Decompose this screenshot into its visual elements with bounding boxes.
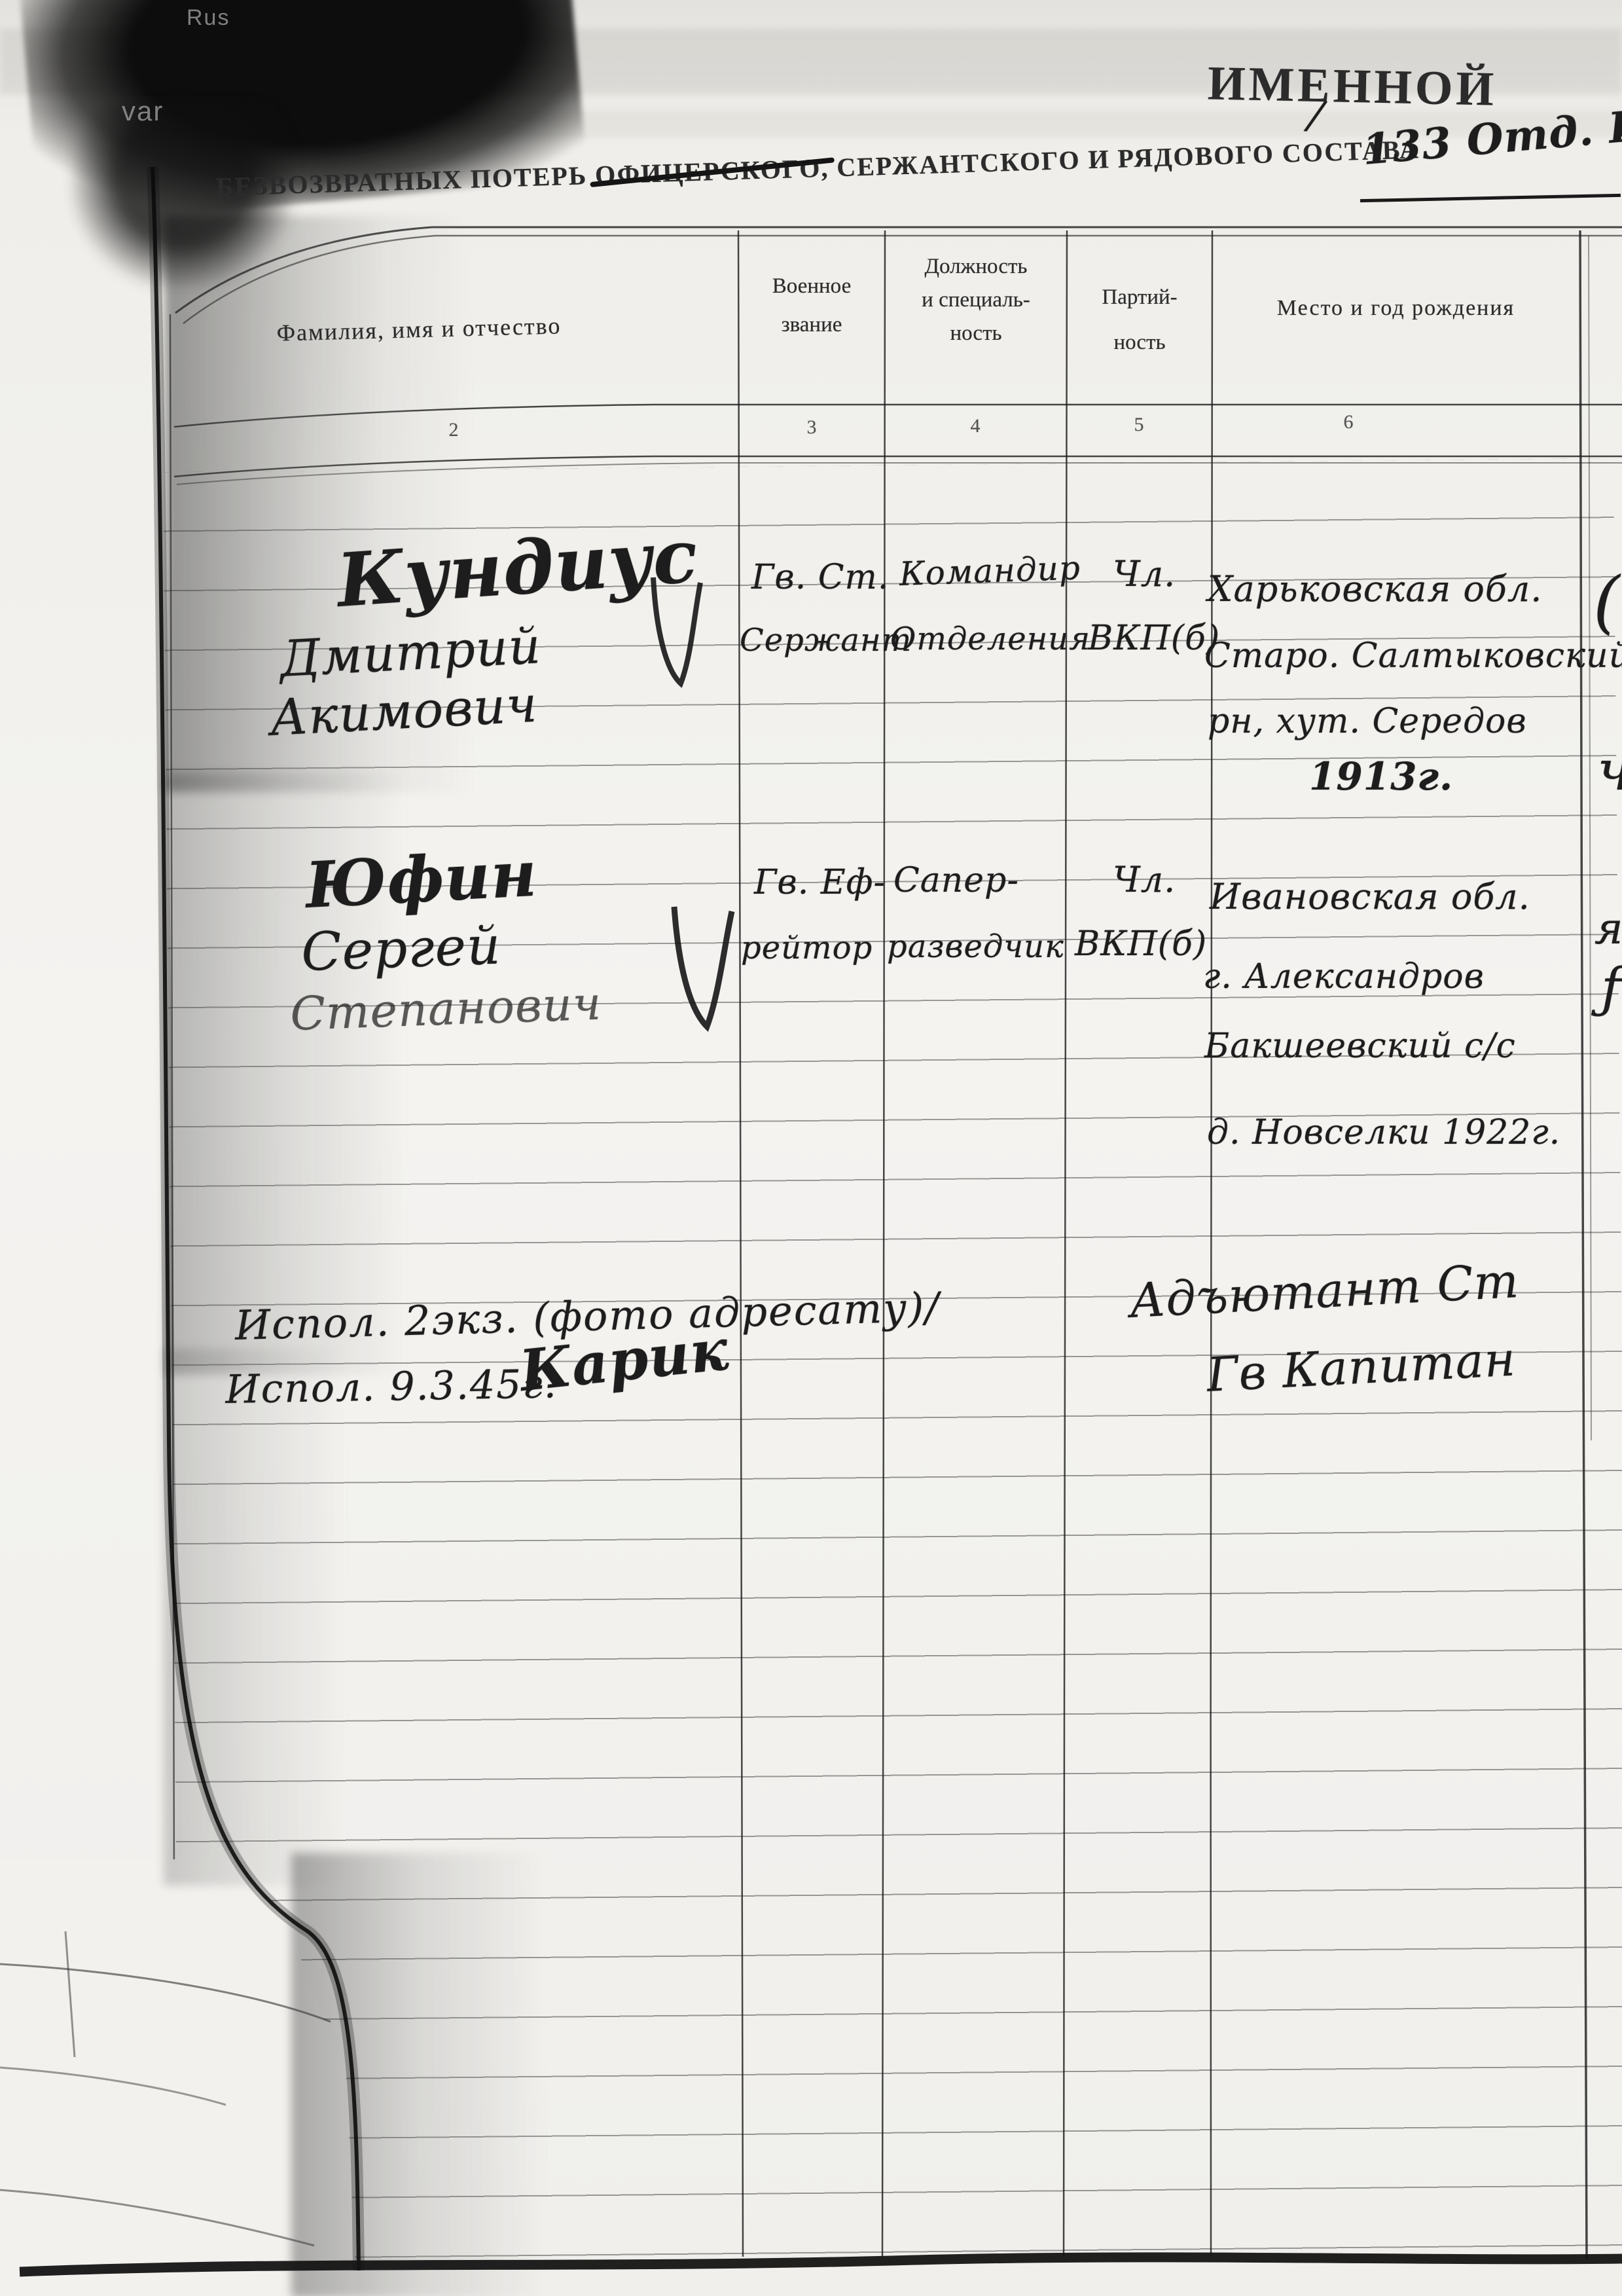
edge-fragment: я: [1595, 903, 1622, 954]
checkmark-icon: [674, 907, 732, 1027]
checkmarks-overlay: [0, 0, 1622, 2296]
edge-fragment: (: [1593, 562, 1621, 642]
scanned-casualty-list-page: Rus var ИМЕННОЙ БЕЗВОЗВРАТНЫХ ПОТЕРЬ ОФИ…: [0, 0, 1622, 2296]
edge-fragment: ч: [1597, 738, 1622, 803]
execution-note-line: Испол. 9.3.45г.: [225, 1361, 558, 1413]
checkmark-icon: [653, 577, 700, 683]
edge-fragment: ƒ: [1601, 957, 1621, 1019]
